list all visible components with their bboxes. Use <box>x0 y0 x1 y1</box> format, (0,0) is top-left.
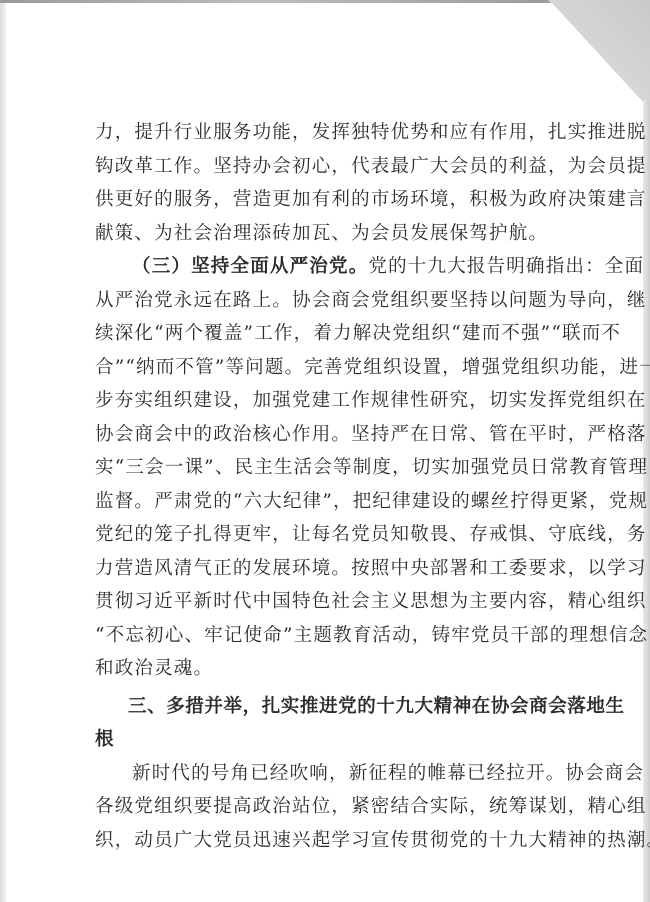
text-line: 力营造风清气正的发展环境。按照中央部署和工委要求，以学习 <box>95 552 600 586</box>
text-line: 步夯实组织建设，加强党建工作规律性研究，切实发挥党组织在 <box>95 384 600 418</box>
scan-left-edge <box>0 3 6 902</box>
text-line: 献策、为社会治理添砖加瓦、为会员发展保驾护航。 <box>95 217 600 251</box>
heading-line: 根 <box>95 723 600 757</box>
text-line: “不忘初心、牢记使命”主题教育活动，铸牢党员干部的理想信念 <box>95 619 600 653</box>
text-line: （三）坚持全面从严治党。党的十九大报告明确指出：全面 <box>95 250 600 284</box>
page-number: 4 <box>318 828 323 838</box>
paragraph-final: 新时代的号角已经吹响，新征程的帷幕已经拉开。协会商会 各级党组织要提高政治站位，… <box>95 757 600 858</box>
page-body: 力，提升行业服务功能，发挥独特优势和应有作用，扎实推进脱 钩改革工作。坚持办会初… <box>95 116 600 857</box>
text-line: 从严治党永远在路上。协会商会党组织要坚持以问题为导向，继 <box>95 284 600 318</box>
section-heading-3: 三、多措并举，扎实推进党的十九大精神在协会商会落地生 根 <box>95 690 600 757</box>
text-line: 钩改革工作。坚持办会初心，代表最广大会员的利益，为会员提 <box>95 150 600 184</box>
text-line: 实“三会一课”、民主生活会等制度，切实加强党员日常教育管理 <box>95 451 600 485</box>
text-line: 供更好的服务，营造更加有利的市场环境，积极为政府决策建言 <box>95 183 600 217</box>
text-line: 党纪的笼子扎得更牢，让每名党员知敬畏、存戒惧、守底线，务 <box>95 518 600 552</box>
heading-line: 三、多措并举，扎实推进党的十九大精神在协会商会落地生 <box>95 690 600 724</box>
text-line: 协会商会中的政治核心作用。坚持严在日常、管在平时，严格落 <box>95 418 600 452</box>
text-line: 合”“纳而不管”等问题。完善党组织设置，增强党组织功能，进一 <box>95 351 600 385</box>
section-3-heading: （三）坚持全面从严治党。 <box>132 256 368 277</box>
paragraph-continued: 力，提升行业服务功能，发挥独特优势和应有作用，扎实推进脱 钩改革工作。坚持办会初… <box>95 116 600 250</box>
text-line: 贯彻习近平新时代中国特色社会主义思想为主要内容，精心组织 <box>95 585 600 619</box>
text-line: 力，提升行业服务功能，发挥独特优势和应有作用，扎实推进脱 <box>95 116 600 150</box>
text-line: 和政治灵魂。 <box>95 652 600 686</box>
text-line: 监督。严肃党的“六大纪律”，把纪律建设的螺丝拧得更紧，党规 <box>95 485 600 519</box>
paragraph-section-3: （三）坚持全面从严治党。党的十九大报告明确指出：全面 从严治党永远在路上。协会商… <box>95 250 600 686</box>
text-line: 织，动员广大党员迅速兴起学习宣传贯彻党的十九大精神的热潮。 <box>95 824 600 858</box>
text-line: 续深化“两个覆盖”工作，着力解决党组织“建而不强”“联而不 <box>95 317 600 351</box>
text-line: 各级党组织要提高政治站位，紧密结合实际，统筹谋划，精心组 <box>95 790 600 824</box>
section-3-lead-text: 党的十九大报告明确指出：全面 <box>368 256 644 277</box>
text-line: 新时代的号角已经吹响，新征程的帷幕已经拉开。协会商会 <box>95 757 600 791</box>
